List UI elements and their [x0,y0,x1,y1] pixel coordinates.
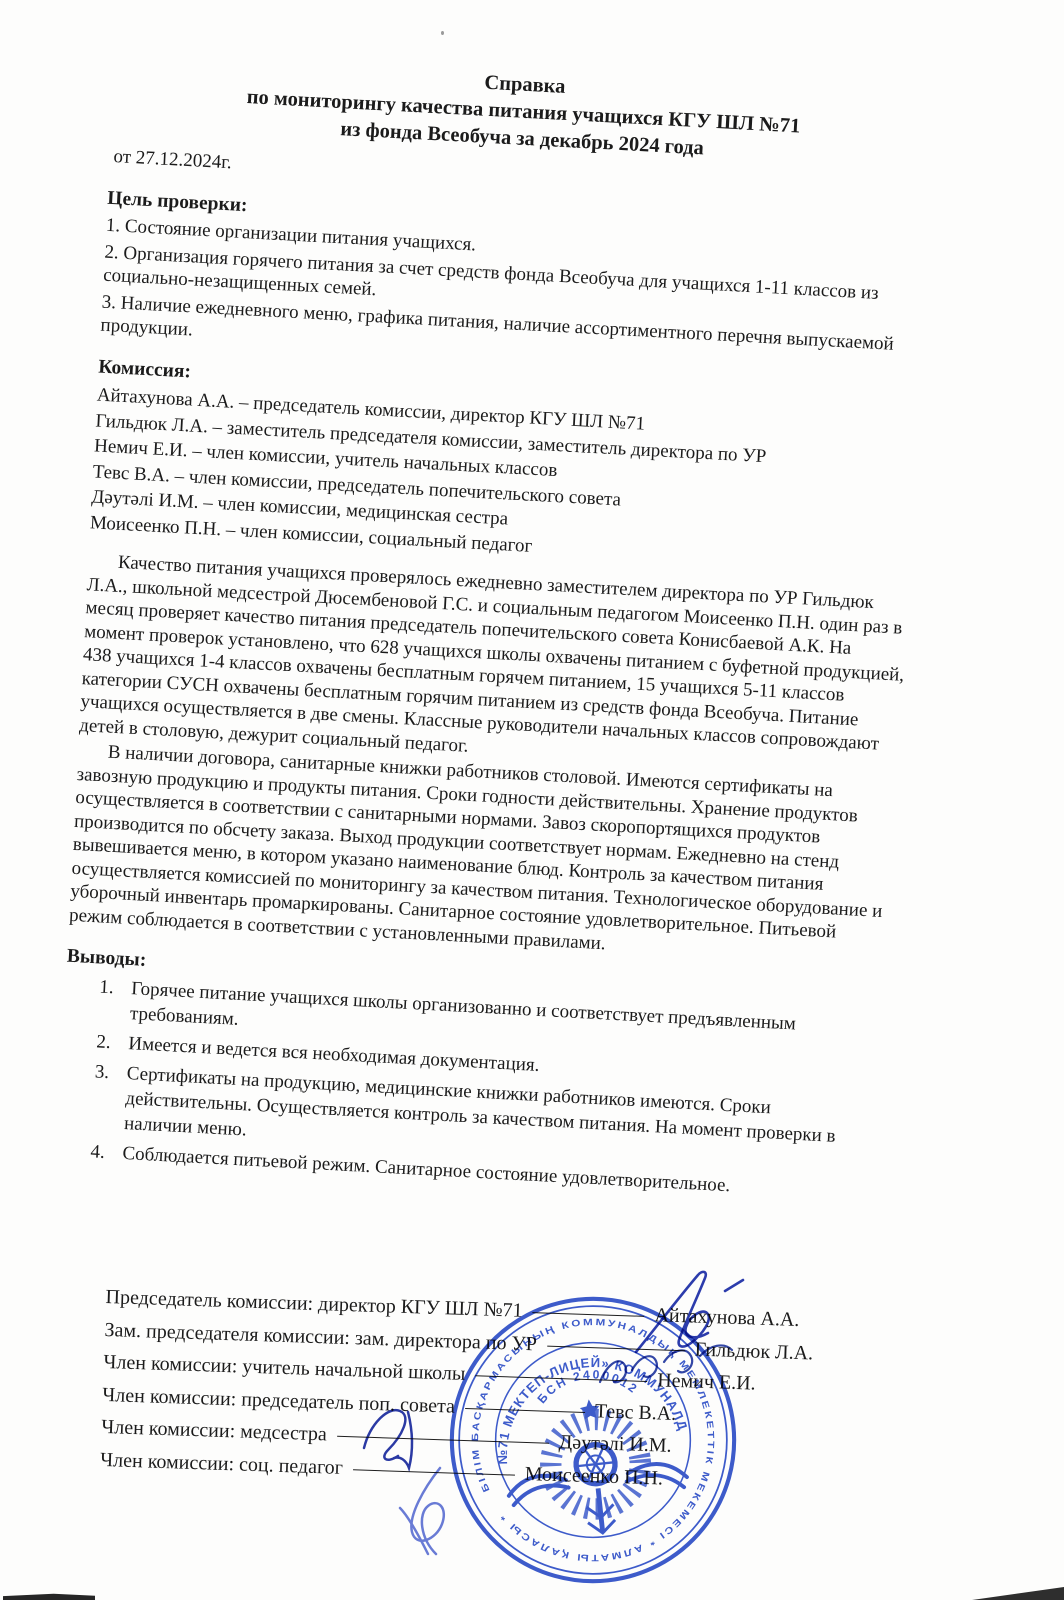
handwritten-signature-vice-chair [592,1330,742,1400]
conclusion-number: 2. [96,1029,112,1055]
scan-artifact-bottom-right [972,1587,1064,1600]
stamp-eagle-emblem [500,1390,692,1542]
scan-artifact-dot [441,31,444,35]
conclusion-number: 1. [99,974,115,1000]
signature-label: Член комиссии: соц. педагог [100,1448,343,1479]
signature-label: Член комиссии: учитель начальной школы [103,1351,466,1386]
conclusion-number: 4. [90,1139,106,1165]
conclusion-number: 3. [94,1059,110,1085]
scan-artifact-bottom-left [3,1593,95,1600]
document-body: Справка по мониторингу качества питания … [56,36,937,1211]
conclusions-list: 1. Горячее питание учащихся школы органи… [56,972,887,1205]
scanned-document-page: Справка по мониторингу качества питания … [0,0,1064,1600]
handwritten-signature-social-pedagogue [388,1462,483,1562]
signature-label: Член комиссии: медсестра [101,1416,327,1446]
